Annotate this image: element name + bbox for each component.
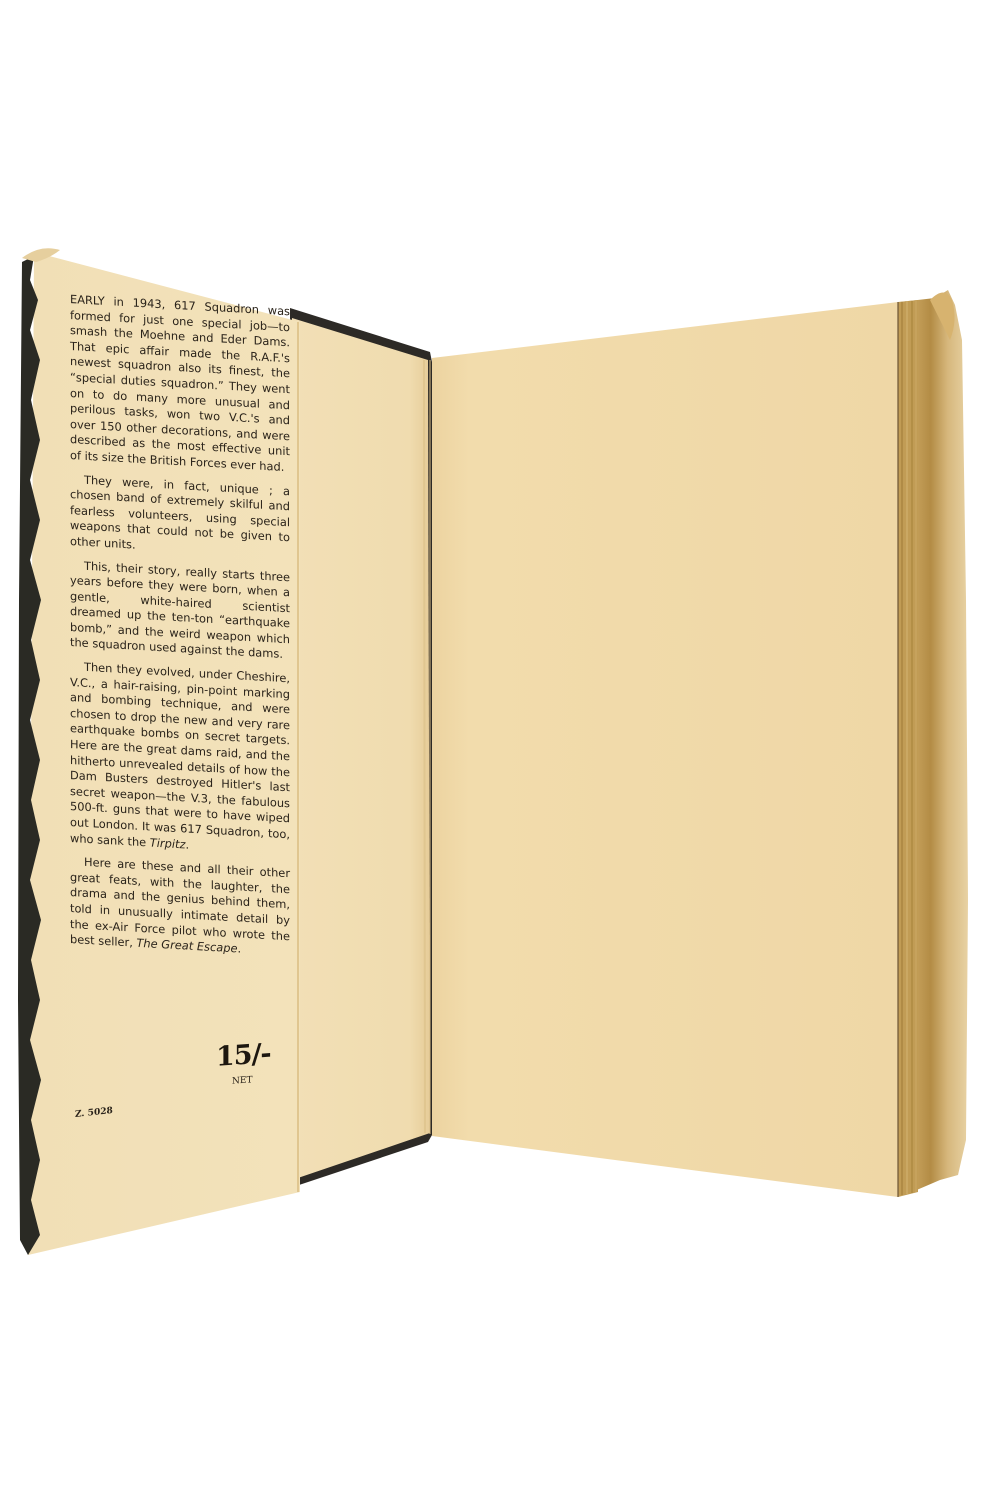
blurb-paragraph-2: They were, in fact, unique ; a chosen ba…	[70, 472, 290, 562]
book-photo: EARLY in 1943, 617 Squadron was formed f…	[0, 0, 1000, 1500]
blurb-paragraph-4: Then they evolved, under Cheshire, V.C.,…	[70, 659, 290, 858]
blurb-paragraph-1: EARLY in 1943, 617 Squadron was formed f…	[70, 292, 290, 476]
page-block-edge	[898, 300, 918, 1197]
price-label: 15/-	[216, 1038, 271, 1073]
right-page	[432, 302, 898, 1197]
blurb-paragraph-3: This, their story, really starts three y…	[70, 558, 290, 664]
jacket-flap-blurb: EARLY in 1943, 617 Squadron was formed f…	[70, 292, 290, 968]
price-net-label: NET	[232, 1075, 252, 1086]
left-endpaper	[292, 318, 430, 1180]
blurb-paragraph-5: Here are these and all their other great…	[70, 854, 290, 960]
